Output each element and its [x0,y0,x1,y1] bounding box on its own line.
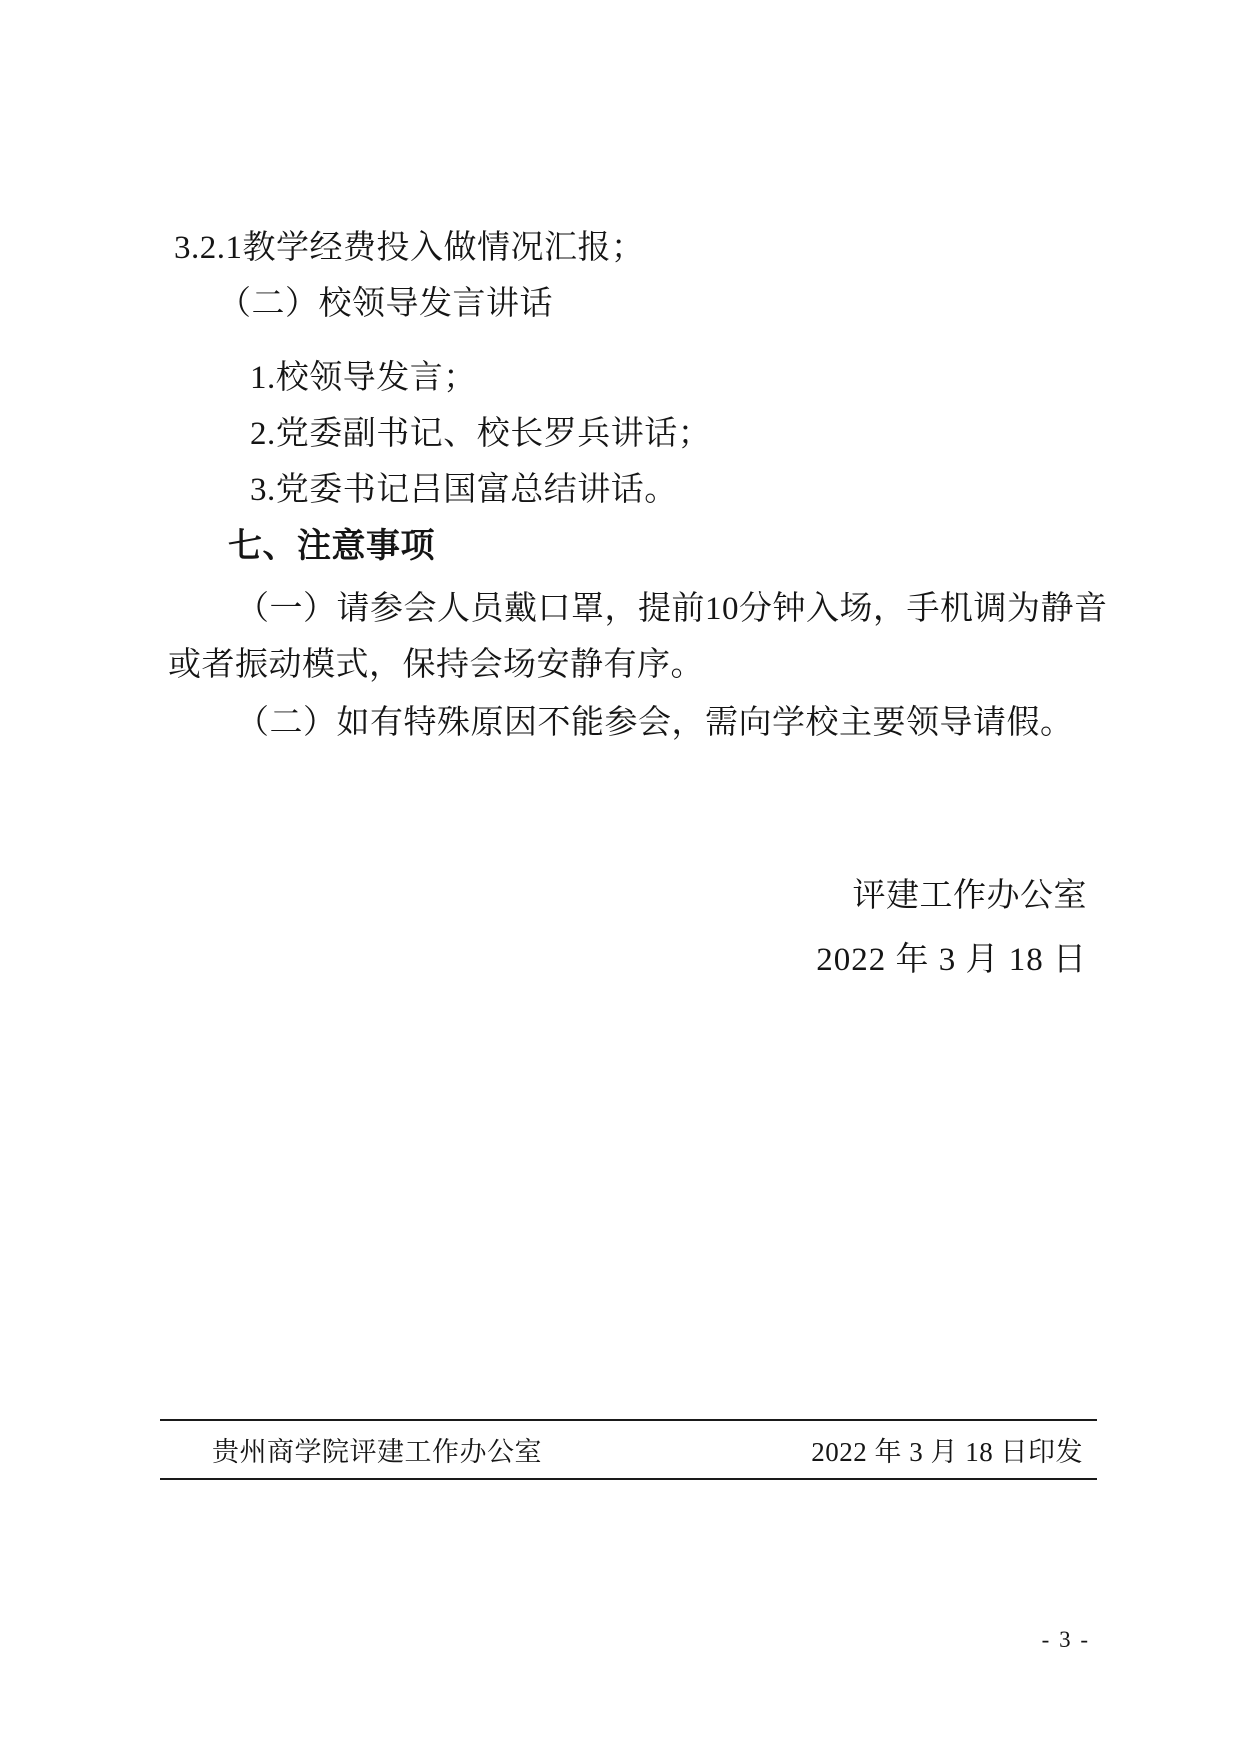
document-body: 3.2.1教学经费投入做情况汇报； （二）校领导发言讲话 1.校领导发言； 2.… [168,220,1120,751]
list-item: 1.校领导发言； [168,350,1120,406]
section-heading: 七、注意事项 [168,518,1120,574]
colophon-row: 贵州商学院评建工作办公室 2022 年 3 月 18 日印发 [160,1421,1097,1478]
colophon-bottom-rule [160,1478,1097,1480]
signature-date: 2022 年 3 月 18 日 [816,932,1087,988]
list-item: 3.党委书记吕国富总结讲话。 [168,462,1120,518]
page-number: - 3 - [1042,1626,1090,1654]
notice-paragraph-line: 或者振动模式，保持会场安静有序。 [168,637,1120,693]
notice-paragraph-line: （一）请参会人员戴口罩，提前10分钟入场，手机调为静音 [168,581,1120,637]
colophon-print-date: 2022 年 3 月 18 日印发 [811,1430,1083,1469]
notice-paragraph-line: （二）如有特殊原因不能参会，需向学校主要领导请假。 [168,695,1120,751]
colophon: 贵州商学院评建工作办公室 2022 年 3 月 18 日印发 [160,1419,1097,1480]
signature-org: 评建工作办公室 [816,868,1087,924]
document-page: 3.2.1教学经费投入做情况汇报； （二）校领导发言讲话 1.校领导发言； 2.… [0,0,1240,1753]
intro-line: 3.2.1教学经费投入做情况汇报； [168,220,1120,276]
sub-heading: （二）校领导发言讲话 [168,276,1120,332]
list-item: 2.党委副书记、校长罗兵讲话； [168,406,1120,462]
colophon-issuer: 贵州商学院评建工作办公室 [212,1430,542,1469]
signature-block: 评建工作办公室 2022 年 3 月 18 日 [816,868,1087,988]
